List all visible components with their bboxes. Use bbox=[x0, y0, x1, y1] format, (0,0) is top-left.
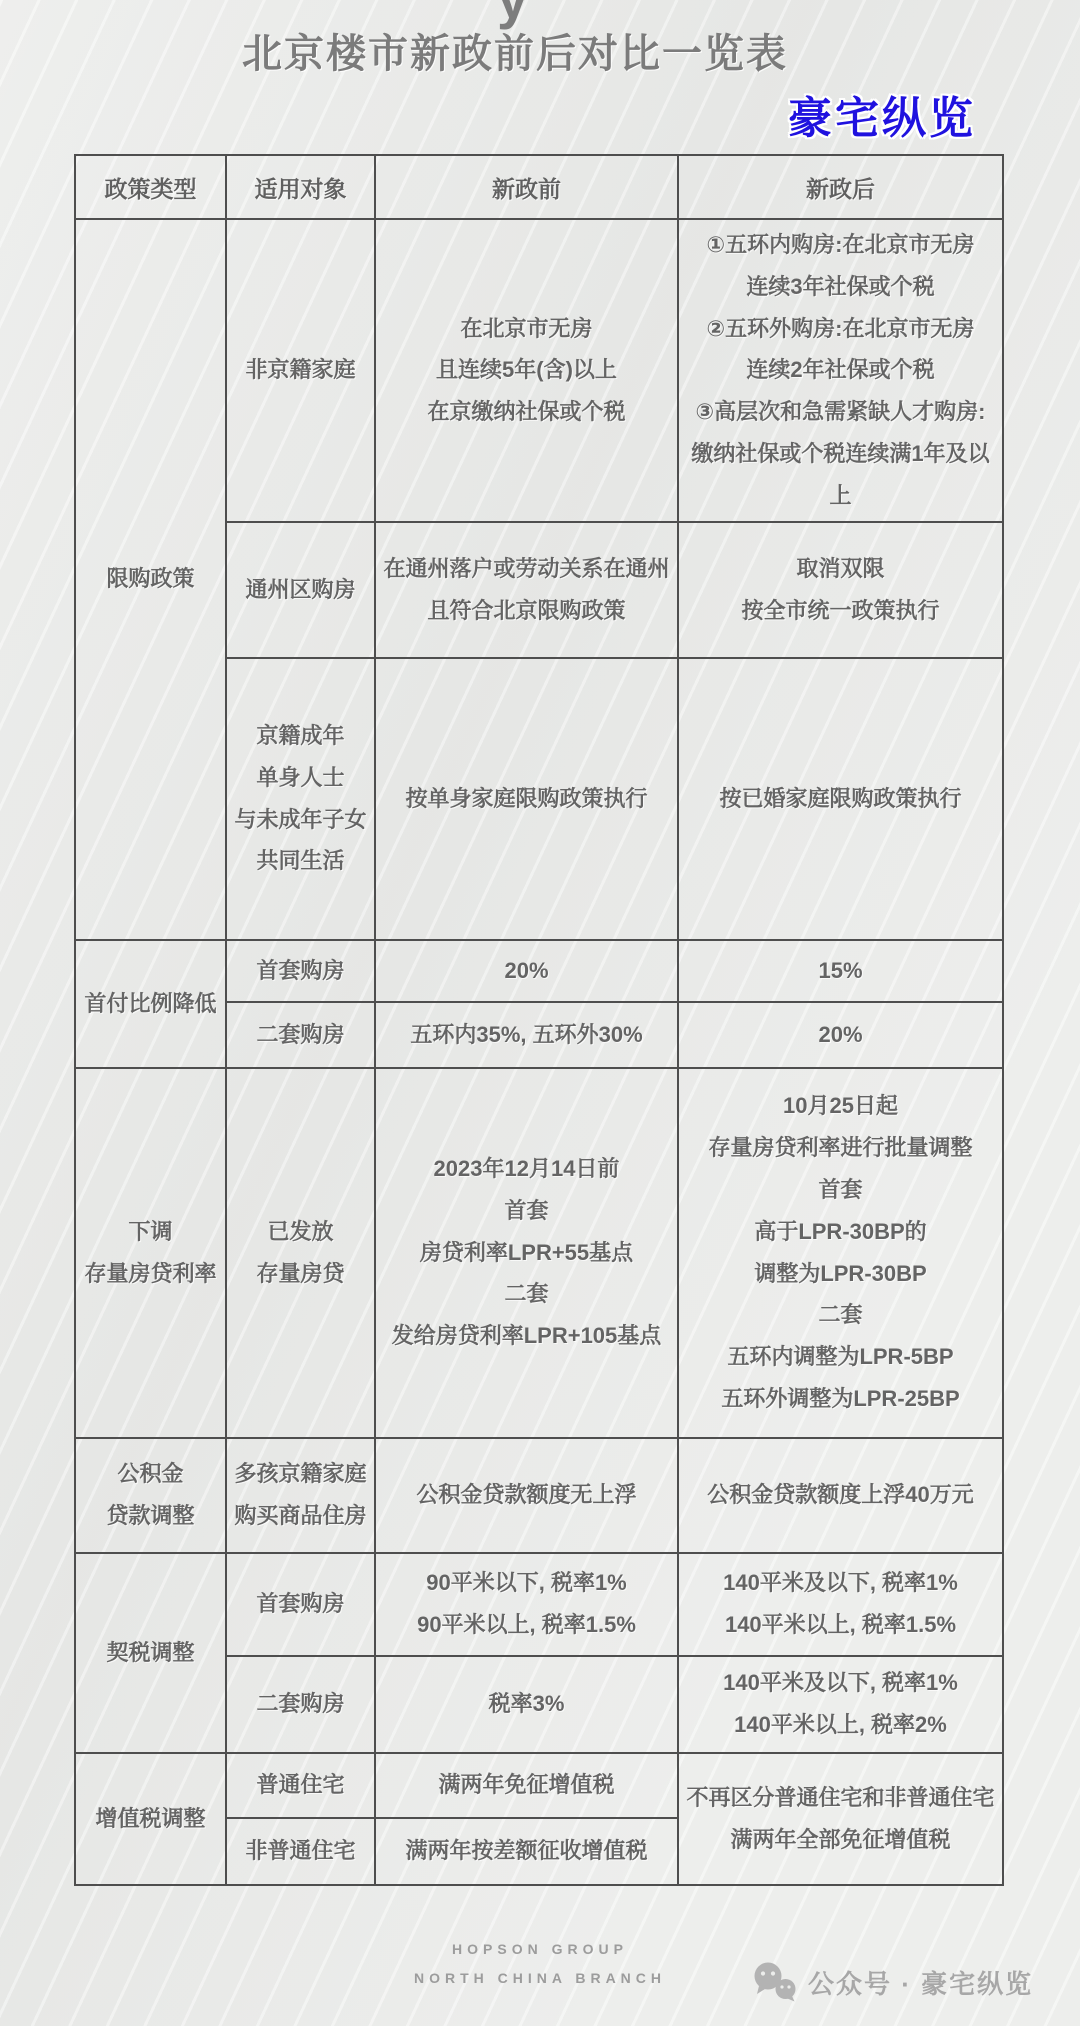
table-row: 契税调整 首套购房 90平米以下, 税率1% 90平米以上, 税率1.5% 14… bbox=[75, 1553, 1003, 1656]
after-cell: 20% bbox=[678, 1002, 1003, 1068]
policy-type-cell: 公积金 贷款调整 bbox=[75, 1438, 226, 1553]
table-row: 首付比例降低 首套购房 20% 15% bbox=[75, 940, 1003, 1002]
before-cell: 按单身家庭限购政策执行 bbox=[375, 658, 678, 940]
after-cell: 15% bbox=[678, 940, 1003, 1002]
after-cell: 取消双限 按全市统一政策执行 bbox=[678, 522, 1003, 658]
after-cell: 不再区分普通住宅和非普通住宅 满两年全部免征增值税 bbox=[678, 1753, 1003, 1885]
policy-type-cell: 限购政策 bbox=[75, 219, 226, 940]
wechat-icon bbox=[752, 1962, 798, 2002]
after-cell: 公积金贷款额度上浮40万元 bbox=[678, 1438, 1003, 1553]
column-header-policy-type: 政策类型 bbox=[75, 155, 226, 219]
table-header-row: 政策类型 适用对象 新政前 新政后 bbox=[75, 155, 1003, 219]
before-cell: 在北京市无房 且连续5年(含)以上 在京缴纳社保或个税 bbox=[375, 219, 678, 522]
subject-cell: 已发放 存量房贷 bbox=[226, 1068, 375, 1438]
subject-cell: 京籍成年 单身人士 与未成年子女 共同生活 bbox=[226, 658, 375, 940]
table-row: 下调 存量房贷利率 已发放 存量房贷 2023年12月14日前 首套 房贷利率L… bbox=[75, 1068, 1003, 1438]
subject-cell: 非普通住宅 bbox=[226, 1818, 375, 1885]
page-title: 北京楼市新政前后对比一览表 bbox=[242, 22, 788, 79]
after-cell: 按已婚家庭限购政策执行 bbox=[678, 658, 1003, 940]
after-cell: 140平米及以下, 税率1% 140平米以上, 税率1.5% bbox=[678, 1553, 1003, 1656]
subject-cell: 普通住宅 bbox=[226, 1753, 375, 1818]
wechat-account-badge: 公众号 · 豪宅纵览 bbox=[752, 1962, 1033, 2002]
brand-watermark: 豪宅纵览 bbox=[788, 82, 976, 146]
policy-comparison-table: 政策类型 适用对象 新政前 新政后 限购政策 非京籍家庭 在北京市无房 且连续5… bbox=[74, 154, 1004, 1886]
footer-company-name: HOPSON GROUP bbox=[452, 1941, 628, 1957]
subject-cell: 多孩京籍家庭 购买商品住房 bbox=[226, 1438, 375, 1553]
after-cell: 140平米及以下, 税率1% 140平米以上, 税率2% bbox=[678, 1656, 1003, 1753]
after-cell: 10月25日起 存量房贷利率进行批量调整 首套 高于LPR-30BP的 调整为L… bbox=[678, 1068, 1003, 1438]
before-cell: 90平米以下, 税率1% 90平米以上, 税率1.5% bbox=[375, 1553, 678, 1656]
after-cell: ①五环内购房:在北京市无房 连续3年社保或个税 ②五环外购房:在北京市无房 连续… bbox=[678, 219, 1003, 522]
subject-cell: 二套购房 bbox=[226, 1002, 375, 1068]
column-header-after: 新政后 bbox=[678, 155, 1003, 219]
subject-cell: 首套购房 bbox=[226, 940, 375, 1002]
policy-type-cell: 下调 存量房贷利率 bbox=[75, 1068, 226, 1438]
before-cell: 满两年免征增值税 bbox=[375, 1753, 678, 1818]
before-cell: 20% bbox=[375, 940, 678, 1002]
subject-cell: 首套购房 bbox=[226, 1553, 375, 1656]
subject-cell: 非京籍家庭 bbox=[226, 219, 375, 522]
before-cell: 2023年12月14日前 首套 房贷利率LPR+55基点 二套 发给房贷利率LP… bbox=[375, 1068, 678, 1438]
before-cell: 在通州落户或劳动关系在通州 且符合北京限购政策 bbox=[375, 522, 678, 658]
before-cell: 税率3% bbox=[375, 1656, 678, 1753]
table-row: 限购政策 非京籍家庭 在北京市无房 且连续5年(含)以上 在京缴纳社保或个税 ①… bbox=[75, 219, 1003, 522]
subject-cell: 通州区购房 bbox=[226, 522, 375, 658]
column-header-before: 新政前 bbox=[375, 155, 678, 219]
before-cell: 五环内35%, 五环外30% bbox=[375, 1002, 678, 1068]
before-cell: 满两年按差额征收增值税 bbox=[375, 1818, 678, 1885]
table-row: 公积金 贷款调整 多孩京籍家庭 购买商品住房 公积金贷款额度无上浮 公积金贷款额… bbox=[75, 1438, 1003, 1553]
policy-type-cell: 增值税调整 bbox=[75, 1753, 226, 1885]
before-cell: 公积金贷款额度无上浮 bbox=[375, 1438, 678, 1553]
column-header-subject: 适用对象 bbox=[226, 155, 375, 219]
subject-cell: 二套购房 bbox=[226, 1656, 375, 1753]
policy-type-cell: 契税调整 bbox=[75, 1553, 226, 1753]
wechat-account-label: 公众号 · 豪宅纵览 bbox=[808, 1964, 1033, 2001]
policy-type-cell: 首付比例降低 bbox=[75, 940, 226, 1068]
table-row: 增值税调整 普通住宅 满两年免征增值税 不再区分普通住宅和非普通住宅 满两年全部… bbox=[75, 1753, 1003, 1818]
footer-company-branch: NORTH CHINA BRANCH bbox=[414, 1970, 666, 1986]
